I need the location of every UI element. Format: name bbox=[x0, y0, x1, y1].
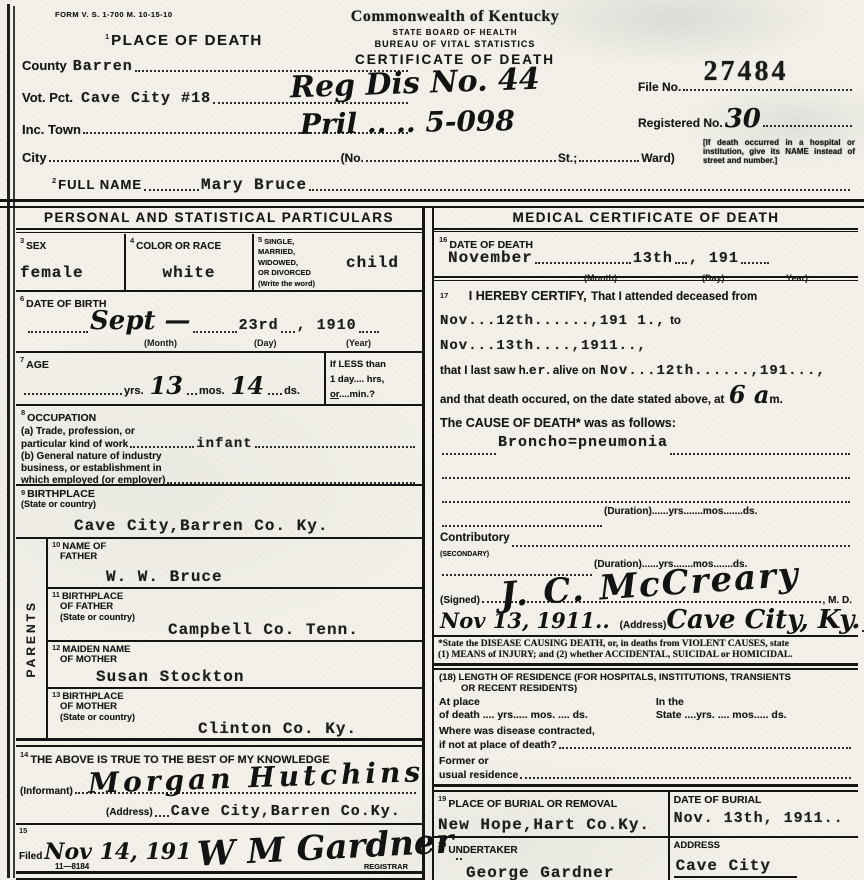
death-year-value: , 191 bbox=[689, 250, 739, 267]
dotted-leader bbox=[670, 451, 850, 455]
dotted-leader bbox=[49, 158, 339, 162]
burial-row: 19PLACE OF BURIAL OR REMOVAL New Hope,Ha… bbox=[434, 792, 858, 838]
dotted-leader bbox=[268, 391, 282, 395]
undertaker-address-label: ADDRESS bbox=[674, 840, 854, 851]
registered-no-block: Registered No. 30 bbox=[638, 116, 854, 130]
city-st-label: St.; bbox=[558, 151, 577, 165]
section-number: 4 bbox=[130, 236, 134, 245]
residence-head-line2: OR RECENT RESIDENTS) bbox=[461, 683, 853, 694]
dotted-leader bbox=[579, 158, 639, 162]
section-number: 10 bbox=[52, 540, 60, 549]
dotted-leader bbox=[309, 187, 850, 191]
rule bbox=[434, 663, 858, 671]
body-columns: PERSONAL AND STATISTICAL PARTICULARS 3SE… bbox=[16, 206, 858, 880]
section-number: 12 bbox=[52, 643, 60, 652]
city-row: City (No. St.; Ward) bbox=[22, 150, 762, 165]
attended-to-value: Nov...13th....,1911.., bbox=[440, 338, 647, 354]
mother-bp-label2: OF MOTHER bbox=[60, 702, 418, 712]
personal-section: PERSONAL AND STATISTICAL PARTICULARS 3SE… bbox=[16, 206, 422, 880]
cause-of-death-block: Broncho=pneumonia (Duration) ......yrs..… bbox=[434, 434, 858, 530]
date-of-birth-line: Sept — 23rd , 1910 bbox=[26, 306, 414, 336]
dotted-leader bbox=[28, 329, 88, 333]
dotted-leader bbox=[366, 158, 556, 162]
section-number: 7 bbox=[20, 355, 24, 364]
sex-cell: 3SEX female bbox=[16, 234, 126, 290]
cause-of-death-heading: The CAUSE OF DEATH* was as follows: bbox=[440, 412, 852, 434]
month-caption: (Month) bbox=[144, 338, 177, 348]
personal-section-title: PERSONAL AND STATISTICAL PARTICULARS bbox=[16, 206, 422, 230]
death-time-handwriting: 6 a bbox=[729, 380, 770, 409]
marital-value: child bbox=[346, 254, 399, 272]
undertaker-address-cell: ADDRESS Cave City bbox=[670, 838, 858, 880]
burial-place-label: PLACE OF BURIAL OR REMOVAL bbox=[448, 798, 617, 810]
dotted-leader bbox=[144, 187, 199, 191]
undertaker-label: UNDERTAKER bbox=[448, 845, 517, 856]
parents-label-text: PARENTS bbox=[24, 600, 38, 677]
cause-of-death-value: Broncho=pneumonia bbox=[498, 434, 668, 451]
marital-cell: 5SINGLE, MARRIED, WIDOWED, OR DIVORCED (… bbox=[254, 234, 422, 290]
birth-day-value: 23rd bbox=[239, 317, 279, 334]
dotted-leader bbox=[187, 391, 197, 395]
duration-units: ......yrs.......mos.......ds. bbox=[652, 506, 758, 517]
reg-district-handwriting: Reg Dis No. 44 bbox=[289, 62, 540, 106]
county-label: County bbox=[22, 58, 67, 73]
former-residence-line2: usual residence bbox=[439, 768, 518, 782]
less-note-line2: 1 day.... hrs, bbox=[330, 374, 384, 385]
dotted-leader bbox=[683, 87, 852, 91]
section-number: 15 bbox=[19, 826, 27, 835]
mother-name-value: Susan Stockton bbox=[96, 668, 244, 686]
age-ds-label: ds. bbox=[284, 385, 300, 397]
mother-birthplace-row: 13BIRTHPLACE OF MOTHER (State or country… bbox=[48, 689, 422, 738]
commonwealth-title: Commonwealth of Kentucky bbox=[310, 8, 600, 26]
full-name-row: 2FULL NAME Mary Bruce bbox=[52, 176, 852, 194]
mother-name-label2: OF MOTHER bbox=[60, 655, 418, 665]
duration-label: (Duration) bbox=[604, 506, 652, 517]
day-caption: (Day) bbox=[254, 338, 277, 348]
date-of-birth-row: 6DATE OF BIRTH Sept — 23rd , 1910 (Month… bbox=[16, 292, 422, 354]
father-birthplace-row: 11BIRTHPLACE OF FATHER (State or country… bbox=[48, 589, 422, 642]
bureau-subtitle: BUREAU OF VITAL STATISTICS bbox=[310, 39, 600, 49]
last-saw-mid: . alive on bbox=[546, 365, 595, 377]
signed-address-value: Cave City, Ky. bbox=[666, 605, 860, 635]
occupation-a-line2: particular kind of work bbox=[21, 439, 128, 451]
dotted-leader bbox=[442, 475, 850, 479]
month-caption: (Month) bbox=[584, 273, 617, 283]
birthplace-row: 9BIRTHPLACE (State or country) Cave City… bbox=[16, 486, 422, 539]
attestation-block: 14THE ABOVE IS TRUE TO THE BEST OF MY KN… bbox=[16, 747, 422, 825]
registrar-label: REGISTRAR bbox=[364, 862, 408, 871]
burial-date-cell: DATE OF BURIAL Nov. 13th, 1911.. bbox=[670, 792, 858, 836]
medical-section-title: MEDICAL CERTIFICATE OF DEATH bbox=[434, 206, 858, 230]
section-number: 17 bbox=[440, 291, 448, 300]
dotted-leader bbox=[130, 444, 194, 448]
precinct-value: Cave City #18 bbox=[81, 90, 211, 107]
date-of-death-line: November 13th , 191 bbox=[448, 249, 850, 267]
residence-columns: At place of death .... yrs..... mos. ...… bbox=[439, 696, 853, 722]
sex-label: SEX bbox=[26, 241, 46, 252]
occupation-b-line1: (b) General nature of industry bbox=[21, 451, 417, 463]
section-number: 8 bbox=[21, 408, 25, 417]
violent-causes-footnote: *State the DISEASE CAUSING DEATH, or, in… bbox=[434, 637, 858, 663]
file-no-label: File No. bbox=[638, 80, 681, 94]
informant-address-value: Cave City,Barren Co.Ky. bbox=[171, 803, 401, 820]
burial-date-value: Nov. 13th, 1911.. bbox=[674, 810, 854, 827]
section-number: 1 bbox=[105, 32, 109, 41]
death-occurred-post: m. bbox=[769, 394, 782, 406]
informant-label: (Informant) bbox=[20, 786, 73, 797]
registrar-signature: W M Gardner bbox=[197, 822, 455, 875]
dotted-leader bbox=[442, 451, 496, 455]
age-row: 7AGE yrs. 13 mos. 14 ds. If LESS than 1 … bbox=[16, 353, 422, 406]
year-caption: (Year) bbox=[346, 338, 371, 348]
marital-sublabel: (Write the word) bbox=[258, 279, 315, 288]
informant-address-line: (Address) Cave City,Barren Co.Ky. bbox=[106, 803, 418, 820]
dotted-leader bbox=[456, 856, 462, 860]
registered-no-label: Registered No. bbox=[638, 116, 723, 130]
disease-contracted-line2: if not at place of death? bbox=[439, 738, 557, 752]
sex-color-marital-row: 3SEX female 4COLOR OR RACE white 5SINGLE… bbox=[16, 234, 422, 292]
occupation-row: 8OCCUPATION (a) Trade, profession, or pa… bbox=[16, 406, 422, 486]
filed-line: Filed Nov 14, 191 W M Gardner bbox=[19, 839, 418, 863]
dotted-leader bbox=[442, 523, 602, 527]
signed-address-label: (Address) bbox=[620, 620, 667, 631]
scan-edge-line bbox=[7, 4, 10, 878]
age-line: yrs. 13 mos. 14 ds. bbox=[22, 371, 318, 398]
sex-value: female bbox=[20, 264, 120, 282]
at-place-line1: At place bbox=[439, 696, 656, 709]
father-bp-label2: OF FATHER bbox=[60, 602, 418, 612]
death-month-value: November bbox=[448, 249, 533, 267]
burial-place-cell: 19PLACE OF BURIAL OR REMOVAL New Hope,Ha… bbox=[434, 792, 670, 836]
registered-no-value: 30 bbox=[725, 104, 761, 134]
marital-label-4: OR DIVORCED bbox=[258, 268, 311, 277]
informant-address-label: (Address) bbox=[106, 807, 153, 818]
birthplace-sublabel: (State or country) bbox=[21, 499, 417, 509]
agency-header: Commonwealth of Kentucky STATE BOARD OF … bbox=[310, 8, 600, 67]
father-bp-value: Campbell Co. Tenn. bbox=[168, 621, 359, 639]
less-note-line3: ....min.? bbox=[339, 389, 375, 400]
color-race-value: white bbox=[130, 264, 248, 282]
age-yrs-label: yrs. bbox=[124, 385, 144, 397]
death-certificate-document: FORM V. S. 1-700 M. 10-15-10 1PLACE OF D… bbox=[0, 0, 864, 880]
rule bbox=[434, 784, 858, 792]
hospital-instruction-note: [If death occurred in a hospital or inst… bbox=[703, 138, 855, 165]
section-number: 2 bbox=[52, 176, 56, 185]
age-months-value: 13 bbox=[150, 371, 183, 400]
occupation-label: OCCUPATION bbox=[27, 412, 96, 424]
signed-block: (Signed) , M. D. J. C. McCreary Nov 13, … bbox=[434, 579, 858, 637]
dotted-leader bbox=[193, 329, 237, 333]
father-name-label2: FATHER bbox=[60, 552, 418, 562]
less-than-one-day-box: If LESS than 1 day.... hrs, or....min.? bbox=[326, 353, 422, 404]
bottom-form-code: 11—8184 bbox=[55, 862, 89, 871]
cause-duration-line: (Duration) ......yrs.......mos.......ds. bbox=[440, 506, 852, 530]
city-ward-label: Ward) bbox=[641, 151, 675, 165]
disease-contracted-line1: Where was disease contracted, bbox=[439, 724, 853, 738]
marital-label-3: WIDOWED, bbox=[258, 258, 298, 267]
death-occurred-pre: and that death occured, on the date stat… bbox=[440, 394, 724, 406]
scan-edge-line-inner bbox=[13, 6, 15, 878]
filed-label: Filed bbox=[19, 851, 42, 862]
age-cell: 7AGE yrs. 13 mos. 14 ds. bbox=[16, 353, 326, 404]
less-note-or: or bbox=[330, 389, 339, 400]
section-number: 13 bbox=[52, 690, 60, 699]
section-number: 19 bbox=[438, 794, 446, 803]
occupation-value: infant bbox=[196, 438, 252, 450]
color-race-cell: 4COLOR OR RACE white bbox=[126, 234, 254, 290]
birth-year-value: , 1910 bbox=[297, 317, 357, 334]
color-race-label: COLOR OR RACE bbox=[136, 241, 221, 252]
dotted-leader bbox=[442, 499, 850, 503]
dotted-leader bbox=[763, 123, 852, 127]
parents-block: PARENTS 10NAME OF FATHER W. W. Bruce 11B… bbox=[16, 539, 422, 738]
burial-date-label: DATE OF BURIAL bbox=[674, 794, 854, 806]
medical-section: MEDICAL CERTIFICATE OF DEATH 16DATE OF D… bbox=[434, 206, 858, 880]
primary-number-handwriting: Pril .. .. 5-098 bbox=[300, 104, 515, 141]
dotted-leader bbox=[535, 260, 631, 264]
marital-label-1: SINGLE, bbox=[264, 237, 294, 246]
section-number: 6 bbox=[20, 294, 24, 303]
rule bbox=[16, 738, 422, 747]
parents-vertical-label: PARENTS bbox=[16, 539, 48, 738]
city-no-label: (No. bbox=[341, 151, 364, 165]
section-number: 3 bbox=[20, 236, 24, 245]
certify-intro-strong: I HEREBY CERTIFY, bbox=[469, 289, 587, 303]
dotted-leader bbox=[520, 775, 851, 779]
form-code: FORM V. S. 1-700 M. 10-15-10 bbox=[55, 10, 173, 19]
section-number: 16 bbox=[439, 235, 447, 244]
section-number: 9 bbox=[21, 488, 25, 497]
rule bbox=[16, 230, 422, 233]
age-days-value: 14 bbox=[231, 371, 264, 400]
day-caption: (Day) bbox=[702, 273, 725, 283]
length-of-residence-block: (18) LENGTH OF RESIDENCE (FOR HOSPITALS,… bbox=[434, 670, 858, 784]
footnote-line2: (1) MEANS of INJURY; and (2) whether ACC… bbox=[438, 650, 854, 661]
section-number: 11 bbox=[52, 590, 60, 599]
in-state-line2: State ....yrs. .... mos..... ds. bbox=[656, 709, 853, 722]
state-board-subtitle: STATE BOARD OF HEALTH bbox=[310, 28, 600, 37]
mother-bp-value: Clinton Co. Ky. bbox=[198, 720, 357, 738]
occupation-b-line2: business, or establishment in bbox=[21, 463, 417, 475]
dotted-leader bbox=[512, 543, 850, 547]
dotted-leader bbox=[281, 329, 295, 333]
full-name-value: Mary Bruce bbox=[201, 176, 307, 194]
last-saw-pre: that I last saw h. bbox=[440, 365, 529, 377]
certification-block: 17 I HEREBY CERTIFY, That I attended dec… bbox=[434, 282, 858, 434]
dotted-leader bbox=[359, 329, 379, 333]
age-label: AGE bbox=[26, 359, 49, 371]
undertaker-address-value: Cave City bbox=[674, 857, 797, 878]
father-name-row: 10NAME OF FATHER W. W. Bruce bbox=[48, 539, 422, 589]
birthplace-value: Cave City,Barren Co. Ky. bbox=[74, 517, 328, 535]
section-number: 5 bbox=[258, 235, 262, 244]
at-place-line2: of death .... yrs..... mos. .... ds. bbox=[439, 709, 656, 722]
birth-month-value: Sept — bbox=[90, 306, 191, 336]
dotted-leader bbox=[675, 260, 687, 264]
full-name-label: FULL NAME bbox=[58, 177, 142, 192]
place-of-death-title: PLACE OF DEATH bbox=[111, 32, 263, 49]
residence-head-line1: (18) LENGTH OF RESIDENCE (FOR HOSPITALS,… bbox=[439, 672, 853, 683]
burial-place-value: New Hope,Hart Co.Ky. bbox=[438, 816, 664, 834]
contributory-label: Contributory bbox=[440, 532, 510, 544]
father-name-value: W. W. Bruce bbox=[106, 568, 223, 586]
dotted-leader bbox=[155, 813, 169, 817]
attended-from-value: Nov...12th......,191 1., bbox=[440, 313, 666, 329]
file-no-block: 27484 File No. bbox=[638, 56, 854, 94]
dotted-leader bbox=[741, 260, 769, 264]
signed-label: (Signed) bbox=[440, 595, 480, 606]
last-saw-er: er bbox=[529, 363, 547, 378]
dotted-leader bbox=[24, 391, 122, 395]
less-note-line1: If LESS than bbox=[330, 359, 386, 370]
undertaker-value: George Gardner bbox=[462, 864, 634, 880]
place-of-death-heading: 1PLACE OF DEATH bbox=[105, 32, 263, 50]
mother-name-row: 12MAIDEN NAME OF MOTHER Susan Stockton bbox=[48, 642, 422, 689]
marital-label-2: MARRIED, bbox=[258, 247, 295, 256]
undertaker-row: 20UNDERTAKER George Gardner ADDRESS Cave… bbox=[434, 838, 858, 880]
rule bbox=[434, 230, 858, 232]
dotted-leader bbox=[167, 480, 415, 484]
dotted-leader bbox=[559, 745, 851, 749]
precinct-label: Vot. Pct. bbox=[22, 90, 73, 105]
city-label: City bbox=[22, 150, 47, 165]
in-state-line1: In the bbox=[656, 696, 853, 709]
last-saw-value: Nov...12th......,191..., bbox=[600, 363, 826, 379]
certify-to-word: to bbox=[670, 315, 681, 327]
inc-town-label: Inc. Town bbox=[22, 122, 81, 137]
dotted-leader bbox=[255, 444, 415, 448]
former-residence-line1: Former or bbox=[439, 754, 853, 768]
year-caption: Year) bbox=[786, 273, 808, 283]
death-day-value: 13th bbox=[633, 250, 673, 267]
county-value: Barren bbox=[73, 58, 133, 75]
age-mos-label: mos. bbox=[199, 385, 225, 397]
section-number: 14 bbox=[20, 750, 28, 759]
date-of-death-row: 16DATE OF DEATH November 13th , 191 (Mon… bbox=[434, 233, 858, 278]
footnote-line1: *State the DISEASE CAUSING DEATH, or, in… bbox=[438, 639, 854, 650]
certify-intro-rest: That I attended deceased from bbox=[591, 291, 757, 303]
undertaker-cell: 20UNDERTAKER George Gardner bbox=[434, 838, 670, 880]
